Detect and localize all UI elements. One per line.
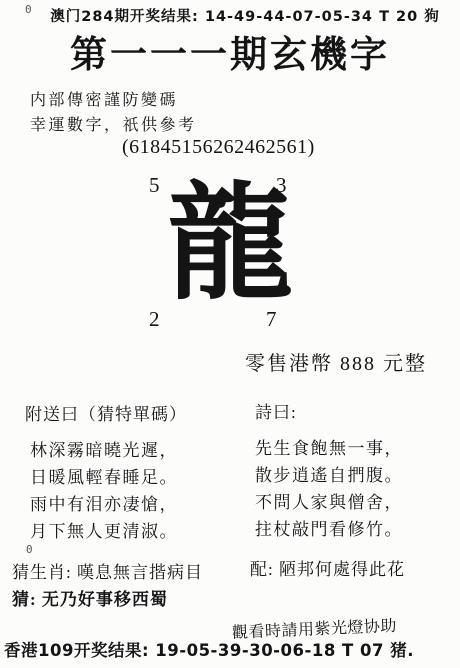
bonus-poem-line: 日暖風輕春睡足。 bbox=[25, 464, 235, 491]
price-line: 零售港幣 888 元整 bbox=[245, 347, 427, 376]
notice-line-2: 幸運數字，祇供參考 bbox=[30, 112, 197, 135]
tip-sheet-page: 0 澳门284期开奖结果: 14-49-44-07-05-34 T 20 狗 第… bbox=[0, 0, 460, 668]
bonus-poem-line: 林深霧暗曉光遲， bbox=[25, 437, 235, 464]
macau-results-line: 澳门284期开奖结果: 14-49-44-07-05-34 T 20 狗 bbox=[40, 5, 450, 26]
verse-line: 先生食飽無一事， bbox=[255, 435, 455, 462]
bonus-poem-line: 月下無人更清淑。 bbox=[25, 518, 235, 545]
lucky-numbers: (61845156262462561) bbox=[122, 136, 315, 159]
pair-hint-line: 配: 陋邦何處得此花 bbox=[250, 555, 405, 580]
verse-line: 拄杖敲門看修竹。 bbox=[255, 516, 455, 543]
corner-mark-top: 0 bbox=[25, 3, 32, 16]
corner-number-bottom-right: 7 bbox=[266, 307, 277, 332]
hk-results-line: 香港109开奖结果: 19-05-39-30-06-18 T 07 猪. bbox=[4, 637, 414, 661]
verse-line: 不問人家與僧舍， bbox=[255, 489, 455, 516]
bonus-poem-line: 雨中有泪亦凄愴， bbox=[25, 491, 235, 518]
verse-heading: 詩曰: bbox=[255, 398, 455, 423]
corner-mark-bottom: 0 bbox=[26, 543, 33, 556]
guess-line: 猜: 无乃好事移西蜀 bbox=[12, 585, 168, 610]
bonus-poem-heading: 附送曰（猜特單碼） bbox=[25, 400, 235, 425]
zodiac-guess-line: 猜生肖: 嘆息無言揩病目 bbox=[12, 558, 203, 583]
bonus-poem-column: 附送曰（猜特單碼） 林深霧暗曉光遲， 日暖風輕春睡足。 雨中有泪亦凄愴， 月下無… bbox=[25, 400, 235, 545]
verse-column: 詩曰: 先生食飽無一事， 散步逍遙自捫腹。 不問人家與僧舍， 拄杖敲門看修竹。 bbox=[255, 398, 455, 543]
mystery-character: 龍 bbox=[150, 176, 310, 321]
notice-line-1: 内部傳密謹防變碼 bbox=[30, 87, 178, 110]
verse-line: 散步逍遙自捫腹。 bbox=[255, 462, 455, 489]
page-title: 第一一一期玄機字 bbox=[0, 24, 460, 78]
corner-number-bottom-left: 2 bbox=[149, 307, 160, 332]
